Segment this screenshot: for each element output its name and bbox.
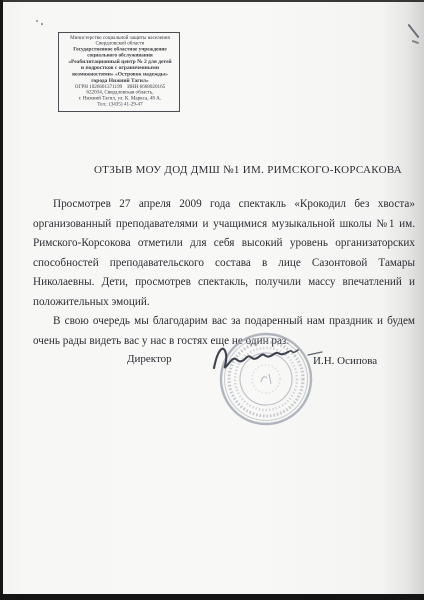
scan-edge-top (0, 0, 424, 2)
handwritten-ref-number: 158-от (68, 110, 96, 112)
letterhead-line: Тел.: (3435) 41-29-47 (59, 101, 180, 107)
scan-edge-bottom (0, 594, 424, 600)
handwritten-day: 6 (101, 110, 110, 112)
ref-quote-open: « (97, 111, 100, 112)
ref-year-prefix: 200 (139, 111, 148, 112)
scan-speck (36, 20, 38, 22)
letterhead-stamp: Министерство социальной защиты населения… (58, 32, 180, 112)
body-paragraph-1: Просмотрев 27 апреля 2009 года спектакль… (33, 195, 415, 312)
document-body: Просмотрев 27 апреля 2009 года спектакль… (33, 195, 415, 351)
reference-number-line: № 158-от « 6 » 200 9 г. (62, 109, 180, 112)
ref-no-label: № (62, 111, 68, 112)
scan-speck (41, 23, 43, 25)
scan-edge-left (0, 0, 3, 600)
signature-role-label: Директор (127, 353, 172, 365)
signature-name: И.Н. Осипова (313, 355, 377, 367)
ref-year-suffix: г. (159, 111, 162, 112)
ref-quote-close: » (111, 111, 114, 112)
letterhead-stamp-text: Министерство социальной защиты населения… (59, 33, 180, 112)
scan-scratch-mark (407, 24, 419, 39)
scan-scratch-mark (412, 40, 419, 44)
document-title: ОТЗЫВ МОУ ДОД ДМШ №1 ИМ. РИМСКОГО-КОРСАК… (78, 164, 418, 176)
scanned-letter-page: Министерство социальной защиты населения… (0, 0, 424, 600)
handwritten-year-digit: 9 (149, 110, 158, 112)
handwritten-month-scribble (116, 109, 138, 112)
